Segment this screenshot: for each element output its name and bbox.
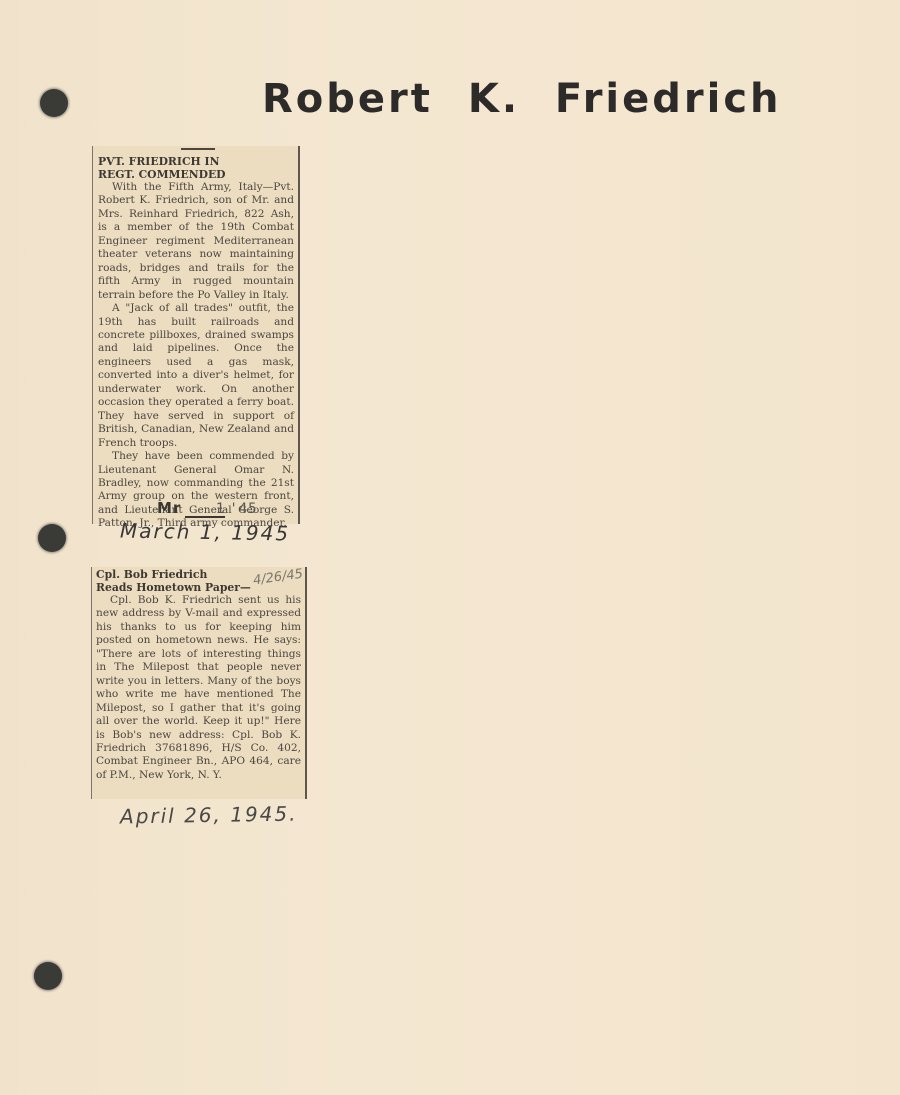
newspaper-clipping-commended: PVT. FRIEDRICH IN REGT. COMMENDED With t… — [92, 146, 300, 524]
page-title-handwritten: Robert K. Friedrich — [262, 76, 782, 122]
punch-hole-middle — [38, 524, 66, 552]
clipping-paragraph: With the Fifth Army, Italy—Pvt. Robert K… — [98, 181, 294, 302]
newspaper-clipping-hometown-paper: 4/26/45 Cpl. Bob Friedrich Reads Hometow… — [91, 567, 307, 799]
clipping-paragraph: Cpl. Bob K. Friedrich sent us his new ad… — [96, 594, 301, 782]
handwritten-date-1: March 1, 1945 — [120, 519, 291, 546]
punch-hole-bottom — [34, 962, 62, 990]
punch-hole-top — [40, 89, 68, 117]
clipping-headline: PVT. FRIEDRICH IN REGT. COMMENDED — [98, 156, 294, 181]
headline-line-2: REGT. COMMENDED — [98, 169, 294, 182]
handwritten-date-2: April 26, 1945. — [120, 801, 298, 828]
stamp-month: Mr — [157, 499, 181, 517]
column-rule — [181, 148, 215, 150]
clipping-paragraph: A "Jack of all trades" outfit, the 19th … — [98, 302, 294, 450]
stamp-day: 1 — [185, 503, 225, 518]
date-stamp: Mr1'45 — [157, 502, 258, 518]
headline-line-1: PVT. FRIEDRICH IN — [98, 156, 294, 169]
stamp-year: '45 — [229, 501, 257, 517]
scrapbook-page: Robert K. Friedrich PVT. FRIEDRICH IN RE… — [0, 0, 900, 1095]
